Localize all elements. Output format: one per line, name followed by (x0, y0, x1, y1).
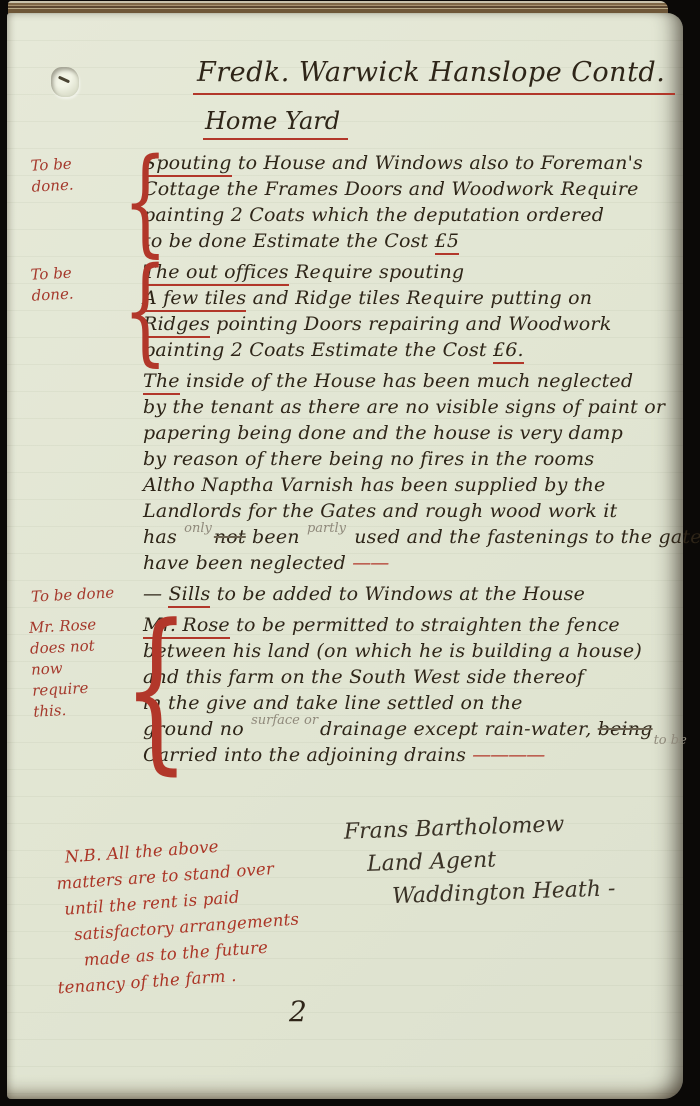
margin-annotation: To bedone. (6, 256, 124, 308)
handwritten-text: between his land (on which he is buildin… (143, 640, 642, 662)
document-body: To bedone.{Spouting to House and Windows… (7, 150, 683, 768)
handwritten-text: Cottage the Frames Doors and Woodwork Re… (143, 178, 639, 200)
handwritten-text: Altho Naptha Varnish has been supplied b… (143, 474, 605, 496)
handwritten-line: Carried into the adjoining drains ———— (143, 742, 689, 768)
handwritten-line: Landlords for the Gates and rough wood w… (143, 498, 700, 524)
handwritten-text: papering being done and the house is ver… (143, 422, 623, 444)
handwritten-line: between his land (on which he is buildin… (143, 638, 689, 664)
handwritten-line: ground no surface ordrainage except rain… (143, 716, 689, 742)
title-block: Fredk. Warwick Hanslope Contd. (193, 57, 675, 95)
margin-annotation-line: done. (31, 281, 124, 307)
handwritten-text: have been neglected (143, 552, 352, 574)
red-underlined-text: £5 (435, 230, 460, 255)
handwritten-text: to House and Windows also to Foreman's (232, 152, 643, 174)
section-text: Mr. Rose to be permitted to straighten t… (143, 612, 700, 768)
handwritten-text: and this farm on the South West side the… (143, 666, 584, 688)
nb-margin-note: N.B. All the abovematters are to stand o… (48, 829, 304, 1002)
handwritten-text: drainage except rain-water, (320, 718, 598, 740)
document-section: To bedone.{Spouting to House and Windows… (7, 150, 683, 254)
brace-mark: { (123, 259, 135, 363)
handwritten-line: papering being done and the house is ver… (143, 420, 700, 446)
handwritten-text: to be added to Windows at the House (210, 583, 585, 605)
brace-mark: { (123, 612, 135, 768)
red-ink-dash: ———— (472, 744, 544, 766)
page-number: 2 (289, 995, 307, 1028)
section-text: The inside of the House has been much ne… (143, 368, 700, 576)
pencil-insertion: partly (307, 522, 346, 535)
margin-annotation (7, 365, 123, 375)
margin-annotation-line: To be done (31, 582, 124, 608)
struck-word: being (598, 718, 653, 740)
handwritten-line: to be done Estimate the Cost £5 (143, 228, 669, 254)
handwritten-line: and this farm on the South West side the… (143, 664, 689, 690)
handwritten-text: to be permitted to straighten the fence (230, 614, 620, 636)
handwritten-line: by reason of there being no fires in the… (143, 446, 700, 472)
document-section: To bedone.{The out offices Require spout… (7, 259, 683, 363)
handwritten-line: painting 2 Coats which the deputation or… (143, 202, 669, 228)
handwritten-line: — Sills to be added to Windows at the Ho… (143, 581, 669, 607)
handwritten-text: to be done Estimate the Cost (143, 230, 435, 252)
section-text: The out offices Require spoutingA few ti… (143, 259, 683, 363)
document-section: To be done— Sills to be added to Windows… (7, 581, 683, 607)
subtitle-block: Home Yard (203, 107, 348, 140)
handwritten-line: in the give and take line settled on the (143, 690, 689, 716)
handwritten-line: Spouting to House and Windows also to Fo… (143, 150, 669, 176)
margin-annotation: To be done (6, 578, 123, 609)
handwritten-line: The out offices Require spouting (143, 259, 669, 285)
handwritten-text: and Ridge tiles Require putting on (246, 287, 592, 309)
manuscript-page: Fredk. Warwick Hanslope Contd. Home Yard… (7, 13, 683, 1099)
punch-hole (51, 67, 79, 97)
handwritten-line: Ridges pointing Doors repairing and Wood… (143, 311, 669, 337)
red-underlined-text: £6. (493, 339, 524, 364)
pencil-insertion: to be (654, 734, 687, 747)
handwritten-text: painting 2 Coats which the deputation or… (143, 204, 604, 226)
margin-annotation: To bedone. (6, 147, 124, 199)
section-text: — Sills to be added to Windows at the Ho… (143, 581, 683, 607)
section-text: Spouting to House and Windows also to Fo… (143, 150, 683, 254)
handwritten-text: by reason of there being no fires in the… (143, 448, 594, 470)
handwritten-line: painting 2 Coats Estimate the Cost £6. (143, 337, 669, 363)
handwritten-line: Cottage the Frames Doors and Woodwork Re… (143, 176, 669, 202)
section-heading: Home Yard (203, 107, 348, 140)
handwritten-text: Landlords for the Gates and rough wood w… (143, 500, 617, 522)
handwritten-line: Mr. Rose to be permitted to straighten t… (143, 612, 689, 638)
handwritten-text: Require spouting (289, 261, 465, 283)
handwritten-text: Carried into the adjoining drains (143, 744, 472, 766)
handwritten-text: inside of the House has been much neglec… (180, 370, 633, 392)
pencil-insertion: only (184, 522, 212, 535)
handwritten-line: The inside of the House has been much ne… (143, 368, 700, 394)
page-footer: Frans BartholomewLand AgentWaddington He… (7, 773, 683, 1073)
document-section: Mr. Rosedoes notnowrequirethis.{Mr. Rose… (7, 612, 683, 768)
margin-annotation: Mr. Rosedoes notnowrequirethis. (4, 609, 126, 724)
handwritten-text: painting 2 Coats Estimate the Cost (143, 339, 493, 361)
pencil-insertion: surface or (251, 714, 318, 727)
handwritten-line: by the tenant as there are no visible si… (143, 394, 700, 420)
handwritten-text: by the tenant as there are no visible si… (143, 396, 665, 418)
brace-mark: { (123, 150, 135, 254)
handwritten-text: pointing Doors repairing and Woodwork (210, 313, 612, 335)
margin-annotation-line: this. (33, 697, 126, 723)
handwritten-text: in the give and take line settled on the (143, 692, 523, 714)
handwritten-line: A few tiles and Ridge tiles Require putt… (143, 285, 669, 311)
handwritten-text: been (246, 526, 306, 548)
red-ink-dash: —— (352, 552, 388, 574)
document-section: The inside of the House has been much ne… (7, 368, 683, 576)
margin-annotation-line: done. (31, 172, 124, 198)
handwritten-line: Altho Naptha Varnish has been supplied b… (143, 472, 700, 498)
handwritten-line: have been neglected —— (143, 550, 700, 576)
struck-word: not (214, 526, 246, 548)
handwritten-text: has (143, 526, 183, 548)
page-title: Fredk. Warwick Hanslope Contd. (193, 57, 675, 95)
signature-block: Frans BartholomewLand AgentWaddington He… (343, 806, 616, 914)
handwritten-text: used and the fastenings to the gates (348, 526, 700, 548)
handwritten-line: has onlynot been partly used and the fas… (143, 524, 700, 550)
